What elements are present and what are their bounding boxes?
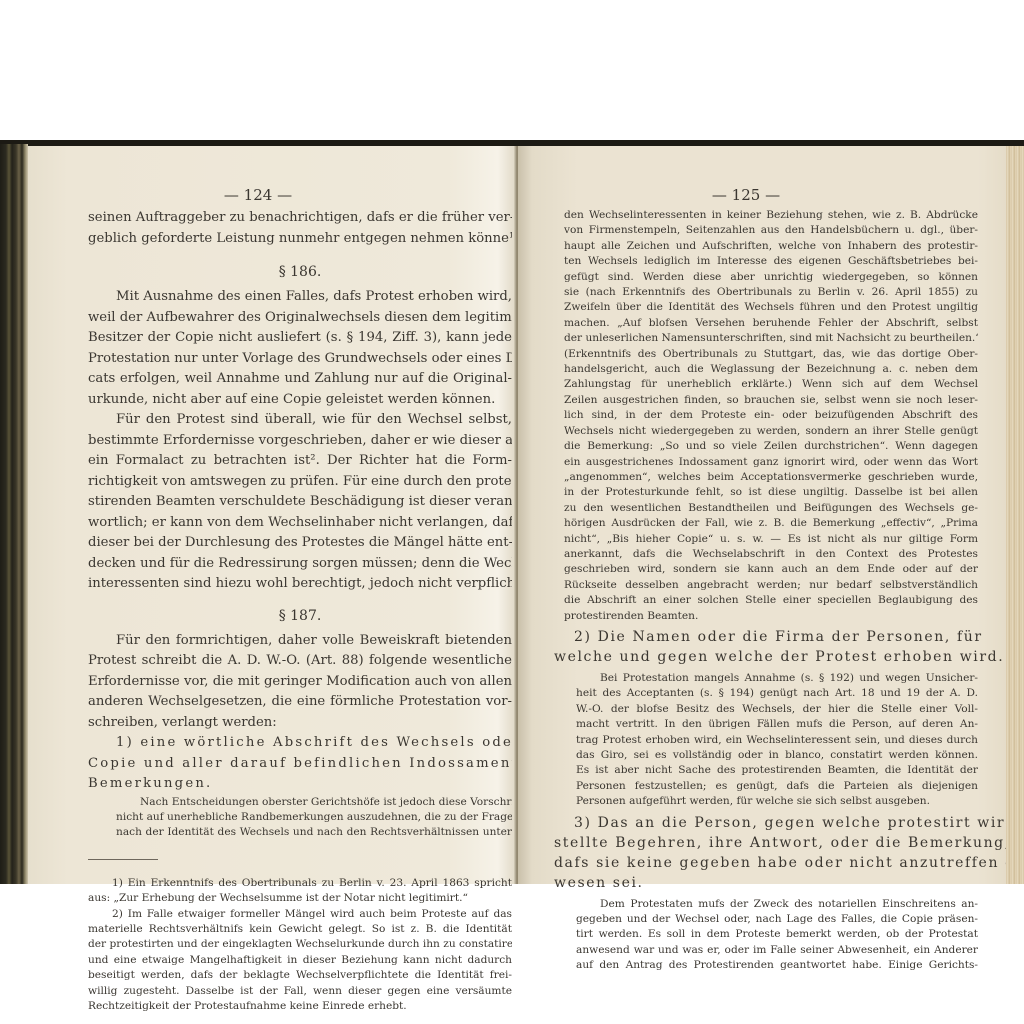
text-line: dafs sie keine gegeben habe oder nicht a…	[554, 853, 978, 873]
text-line: zu den wesentlichen Bestandtheilen und B…	[564, 501, 978, 516]
requirement-item-1: 1) eine wörtliche Abschrift des Wechsels…	[88, 733, 512, 795]
text-line: Zahlungstag für unerheblich erklärte.) W…	[564, 377, 978, 392]
text-line: lich sind, in der dem Proteste ein- oder…	[564, 408, 978, 423]
text-line: anerkannt, dafs die Wechselabschrift in …	[564, 547, 978, 562]
text-line: macht vertritt. In den übrigen Fällen mu…	[576, 717, 978, 732]
text-line: 1) eine wörtliche Abschrift des Wechsels…	[88, 733, 512, 754]
text-line: in der Protesturkunde fehlt, so ist dies…	[564, 485, 978, 500]
text-line: 3) Das an die Person, gegen welche prote…	[564, 813, 978, 833]
text-line: beseitigt werden, dafs der beklagte Wech…	[88, 968, 512, 983]
text-line: anderen Wechselgesetzen, die eine förmli…	[88, 692, 512, 713]
text-line: Nach Entscheidungen oberster Gerichtshöf…	[116, 795, 512, 810]
text-line: „angenommen“, welches beim Acceptationsv…	[564, 470, 978, 485]
requirement-item-3: 3) Das an die Person, gegen welche prote…	[564, 813, 978, 893]
text-line: sie (nach Erkenntnifs des Obertribunals …	[564, 285, 978, 300]
text-line: Wechsels nicht wiedergegeben zu werden, …	[564, 424, 978, 439]
small-print-note: Dem Protestaten mufs der Zweck des notar…	[576, 897, 978, 974]
section-heading-186: § 186.	[88, 259, 512, 285]
text-line: dieser bei der Durchlesung des Protestes…	[88, 533, 512, 554]
text-line: materielle Rechtsverhältnifs kein Gewich…	[88, 922, 512, 937]
text-line: der unleserlichen Namensunterschriften, …	[564, 331, 978, 346]
text-line: wortlich; er kann von dem Wechselinhaber…	[88, 513, 512, 534]
text-line: auf den Antrag des Protestirenden geantw…	[576, 958, 978, 973]
text-line: haupt alle Zeichen und Aufschriften, wel…	[564, 239, 978, 254]
text-line: Rechtzeitigkeit der Protestaufnahme kein…	[88, 999, 512, 1014]
text-line: Personen aufgeführt werden, für welche s…	[576, 794, 978, 809]
text-line: welche und gegen welche der Protest erho…	[554, 647, 978, 667]
page-edges-right	[1006, 146, 1024, 884]
text-line: W.-O. der blofse Besitz des Wechsels, de…	[576, 702, 978, 717]
text-line: urkunde, nicht aber auf eine Copie gelei…	[88, 390, 512, 411]
text-line: machen. „Auf blofsen Versehen beruhende …	[564, 316, 978, 331]
small-print-note-continued: den Wechselinteressenten in keiner Bezie…	[564, 208, 978, 624]
text-line: die Bemerkung: „So und so viele Zeilen d…	[564, 439, 978, 454]
text-line: und eine etwaige Mangelhaftigkeit in die…	[88, 953, 512, 968]
text-line: Bemerkungen.	[88, 774, 512, 795]
small-print-note: Bei Protestation mangels Annahme (s. § 1…	[576, 671, 978, 810]
text-line: 2) Die Namen oder die Firma der Personen…	[564, 627, 978, 647]
text-line: interessenten sind hiezu wohl berechtigt…	[88, 574, 512, 595]
paragraph: Für den formrichtigen, daher volle Bewei…	[88, 631, 512, 734]
text-line: Für den formrichtigen, daher volle Bewei…	[88, 631, 512, 652]
text-line: Es ist aber nicht Sache des protestirend…	[576, 763, 978, 778]
footnote-1: 1) Ein Erkenntnifs des Obertribunals zu …	[88, 876, 512, 907]
text-line: gefügt sind. Werden diese aber unrichtig…	[564, 270, 978, 285]
text-column: seinen Auftraggeber zu benachrichtigen, …	[88, 208, 512, 1014]
text-line: ten Wechsels lediglich im Interesse des …	[564, 254, 978, 269]
text-line: Personen festzustellen; es genügt, dafs …	[576, 779, 978, 794]
text-line: willig zugesteht. Dasselbe ist der Fall,…	[88, 984, 512, 999]
text-line: protestirenden Beamten.	[564, 609, 978, 624]
book-cover-edge-left	[0, 144, 28, 884]
text-line: Protestation nur unter Vorlage des Grund…	[88, 349, 512, 370]
text-line: cats erfolgen, weil Annahme und Zahlung …	[88, 369, 512, 390]
paragraph: Mit Ausnahme des einen Falles, dafs Prot…	[88, 287, 512, 410]
text-line: seinen Auftraggeber zu benachrichtigen, …	[88, 208, 512, 229]
text-line: anwesend war und was er, oder im Falle s…	[576, 943, 978, 958]
text-line: stirenden Beamten verschuldete Beschädig…	[88, 492, 512, 513]
text-line: von Firmenstempeln, Seitenzahlen aus den…	[564, 223, 978, 238]
text-line: decken und für die Redressirung sorgen m…	[88, 554, 512, 575]
text-line: stellte Begehren, ihre Antwort, oder die…	[554, 833, 978, 853]
text-line: die Abschrift an einer solchen Stelle ei…	[564, 593, 978, 608]
text-line: Rückseite desselben angebracht werden; n…	[564, 578, 978, 593]
text-line: richtigkeit von amtswegen zu prüfen. Für…	[88, 472, 512, 493]
text-line: Erfordernisse vor, die mit geringer Modi…	[88, 672, 512, 693]
text-line: geschrieben wird, sondern sie kann auch …	[564, 562, 978, 577]
text-line: schreiben, verlangt werden:	[88, 713, 512, 734]
paragraph: Für den Protest sind überall, wie für de…	[88, 410, 512, 595]
text-line: Dem Protestaten mufs der Zweck des notar…	[576, 897, 978, 912]
page-124: — 124 — seinen Auftraggeber zu benachric…	[28, 146, 516, 884]
text-line: bestimmte Erfordernisse vorgeschrieben, …	[88, 431, 512, 452]
text-line: nach der Identität des Wechsels und nach…	[116, 825, 512, 840]
text-line: Bei Protestation mangels Annahme (s. § 1…	[576, 671, 978, 686]
text-line: 1) Ein Erkenntnifs des Obertribunals zu …	[88, 876, 512, 891]
text-column: den Wechselinteressenten in keiner Bezie…	[564, 208, 978, 974]
text-line: geblich geforderte Leistung nunmehr entg…	[88, 229, 512, 250]
text-line: weil der Aufbewahrer des Originalwechsel…	[88, 308, 512, 329]
text-line: das Giro, sei es vollständig oder in bla…	[576, 748, 978, 763]
page-number: — 125 —	[502, 186, 990, 204]
text-line: nicht“, „Bis hieher Copie“ u. s. w. — Es…	[564, 532, 978, 547]
text-line: handelsgericht, auch die Weglassung der …	[564, 362, 978, 377]
text-line: hörigen Ausdrücken der Fall, wie z. B. d…	[564, 516, 978, 531]
text-line: 2) Im Falle etwaiger formeller Mängel wi…	[88, 907, 512, 922]
text-line: Zeilen ausgestrichen finden, so brauchen…	[564, 393, 978, 408]
text-line: der protestirten und der eingeklagten We…	[88, 937, 512, 952]
text-line: nicht auf unerhebliche Randbemerkungen a…	[116, 810, 512, 825]
text-line: Mit Ausnahme des einen Falles, dafs Prot…	[88, 287, 512, 308]
small-print-note: Nach Entscheidungen oberster Gerichtshöf…	[116, 795, 512, 841]
requirement-item-2: 2) Die Namen oder die Firma der Personen…	[564, 627, 978, 667]
text-line: ein ausgestrichenes Indossament ganz ign…	[564, 455, 978, 470]
text-line: wesen sei.	[554, 873, 978, 893]
text-line: (Erkenntnifs des Obertribunals zu Stuttg…	[564, 347, 978, 362]
text-line: Protest schreibt die A. D. W.-O. (Art. 8…	[88, 651, 512, 672]
footnote-2: 2) Im Falle etwaiger formeller Mängel wi…	[88, 907, 512, 1015]
text-line: gegeben und der Wechsel oder, nach Lage …	[576, 912, 978, 927]
text-line: ein Formalact zu betrachten ist². Der Ri…	[88, 451, 512, 472]
text-line: den Wechselinteressenten in keiner Bezie…	[564, 208, 978, 223]
text-line: Zweifeln über die Identität des Wechsels…	[564, 300, 978, 315]
page-number: — 124 —	[14, 186, 502, 204]
text-line: Copie und aller darauf befindlichen Indo…	[88, 754, 512, 775]
footnote-separator	[88, 859, 158, 860]
text-line: tirt werden. Es soll in dem Proteste bem…	[576, 927, 978, 942]
text-line: trag Protest erhoben wird, ein Wechselin…	[576, 733, 978, 748]
page-125: — 125 — den Wechselinteressenten in kein…	[518, 146, 1006, 884]
section-heading-187: § 187.	[88, 603, 512, 629]
text-line: heit des Acceptanten (s. § 194) genügt n…	[576, 686, 978, 701]
text-line: aus: „Zur Erhebung der Wechselsumme ist …	[88, 891, 512, 906]
text-line: Für den Protest sind überall, wie für de…	[88, 410, 512, 431]
text-line: Besitzer der Copie nicht ausliefert (s. …	[88, 328, 512, 349]
